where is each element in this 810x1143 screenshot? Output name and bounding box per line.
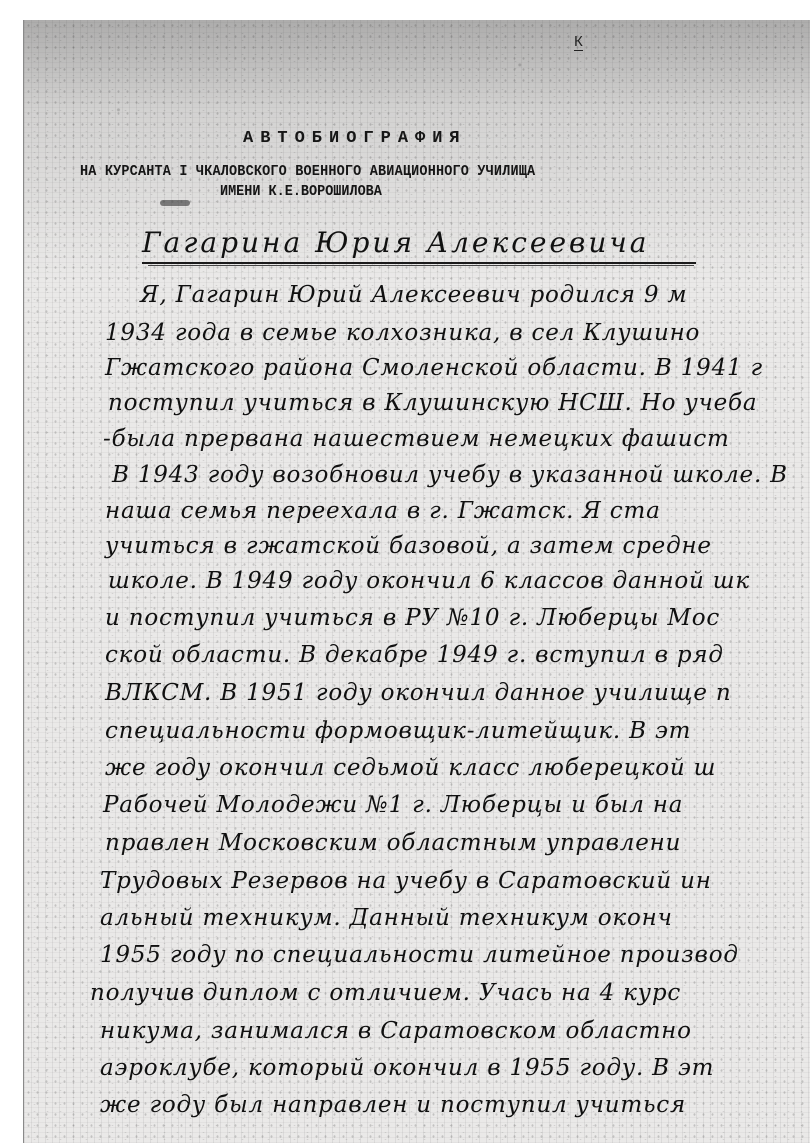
body-line: альный техникум. Данный техникум оконч (100, 905, 673, 931)
name-underline-double (148, 265, 694, 266)
body-line: поступил учиться в Клушинскую НСШ. Но уч… (108, 390, 757, 416)
document-title: АВТОБИОГРАФИЯ (243, 129, 467, 148)
body-line: наша семья переехала в г. Гжатск. Я ста (105, 498, 661, 524)
header-line-2: ИМЕНИ К.Е.ВОРОШИЛОВА (220, 184, 382, 200)
cadet-name: Гагарина Юрия Алексеевича (142, 226, 649, 259)
body-line: специальности формовщик-литейщик. В эт (105, 718, 691, 744)
body-line: 1934 года в семье колхозника, в сел Клуш… (105, 320, 700, 346)
body-line: Рабочей Молодежи №1 г. Люберцы и был на (103, 792, 683, 818)
body-line: школе. В 1949 году окончил 6 классов дан… (108, 568, 750, 594)
corner-mark: К (574, 34, 583, 51)
ink-smudge (160, 200, 190, 206)
body-line: же году окончил седьмой класс люберецкой… (105, 755, 716, 781)
body-line: Трудовых Резервов на учебу в Саратовский… (100, 868, 712, 894)
name-underline (142, 262, 696, 264)
body-line: правлен Московским областным управлени (105, 830, 681, 856)
body-line: аэроклубе, который окончил в 1955 году. … (100, 1055, 714, 1081)
body-line: -была прервана нашествием немецких фашис… (103, 426, 730, 452)
body-line: никума, занимался в Саратовском областно (100, 1018, 692, 1044)
body-line: 1955 году по специальности литейное прои… (100, 942, 739, 968)
body-line: и поступил учиться в РУ №10 г. Люберцы М… (105, 605, 720, 631)
body-line: ВЛКСМ. В 1951 году окончил данное училищ… (105, 680, 732, 706)
body-line: получив диплом с отличием. Учась на 4 ку… (90, 980, 681, 1006)
body-line: же году был направлен и поступил учиться (100, 1092, 686, 1118)
header-line-1: НА КУРСАНТА I ЧКАЛОВСКОГО ВОЕННОГО АВИАЦ… (80, 164, 535, 180)
body-line: Гжатского района Смоленской области. В 1… (105, 355, 763, 381)
body-line: учиться в гжатской базовой, а затем сред… (105, 533, 712, 559)
body-line: Я, Гагарин Юрий Алексеевич родился 9 м (140, 282, 687, 308)
body-line: ской области. В декабре 1949 г. вступил … (105, 642, 724, 668)
body-line: В 1943 году возобновил учебу в указанной… (112, 462, 788, 488)
